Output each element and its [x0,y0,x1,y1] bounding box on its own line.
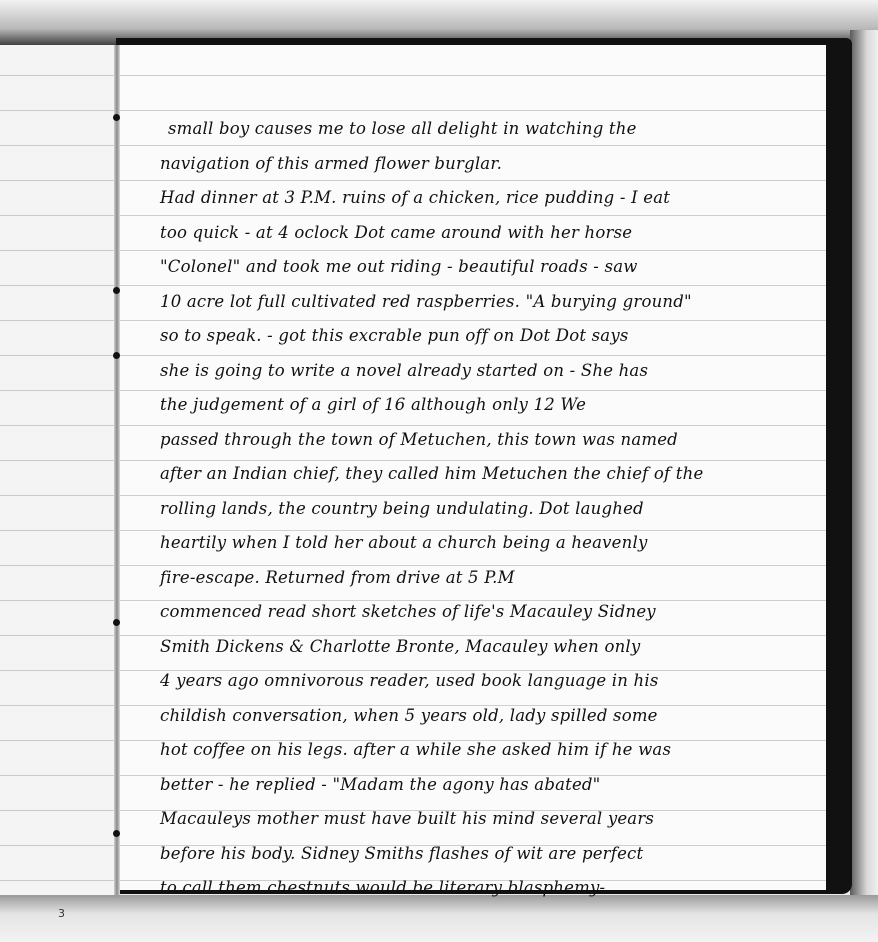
text-line: she is going to write a novel already st… [160,354,820,389]
text-line: Had dinner at 3 P.M. ruins of a chicken,… [160,181,820,216]
text-line: the judgement of a girl of 16 although o… [160,388,820,423]
text-line: fire-escape. Returned from drive at 5 P.… [160,561,820,596]
text-line: so to speak. - got this excrable pun off… [160,319,820,354]
handwritten-text: small boy causes me to lose all delight … [160,112,820,906]
binding-stitch-icon [113,287,120,294]
binding-stitch-icon [113,114,120,121]
binding-gutter [114,45,120,895]
left-page: 3 [0,45,118,897]
text-line: before his body. Sidney Smiths flashes o… [160,837,820,872]
text-line: small boy causes me to lose all delight … [160,112,820,147]
text-line: heartily when I told her about a church … [160,526,820,561]
text-line: childish conversation, when 5 years old,… [160,699,820,734]
text-line: hot coffee on his legs. after a while sh… [160,733,820,768]
text-line: Macauleys mother must have built his min… [160,802,820,837]
binding-stitch-icon [113,830,120,837]
text-line: to call them chestnuts would be literary… [160,871,820,906]
text-line: "Colonel" and took me out riding - beaut… [160,250,820,285]
text-line: passed through the town of Metuchen, thi… [160,423,820,458]
text-line: 10 acre lot full cultivated red raspberr… [160,285,820,320]
binding-stitch-icon [113,352,120,359]
text-line: too quick - at 4 oclock Dot came around … [160,216,820,251]
page-number: 3 [58,907,65,920]
binding-stitch-icon [113,619,120,626]
text-line: Smith Dickens & Charlotte Bronte, Macaul… [160,630,820,665]
text-line: rolling lands, the country being undulat… [160,492,820,527]
text-line: better - he replied - "Madam the agony h… [160,768,820,803]
text-line: commenced read short sketches of life's … [160,595,820,630]
text-line: after an Indian chief, they called him M… [160,457,820,492]
text-line: navigation of this armed flower burglar. [160,147,820,182]
right-background [850,30,878,910]
text-line: 4 years ago omnivorous reader, used book… [160,664,820,699]
